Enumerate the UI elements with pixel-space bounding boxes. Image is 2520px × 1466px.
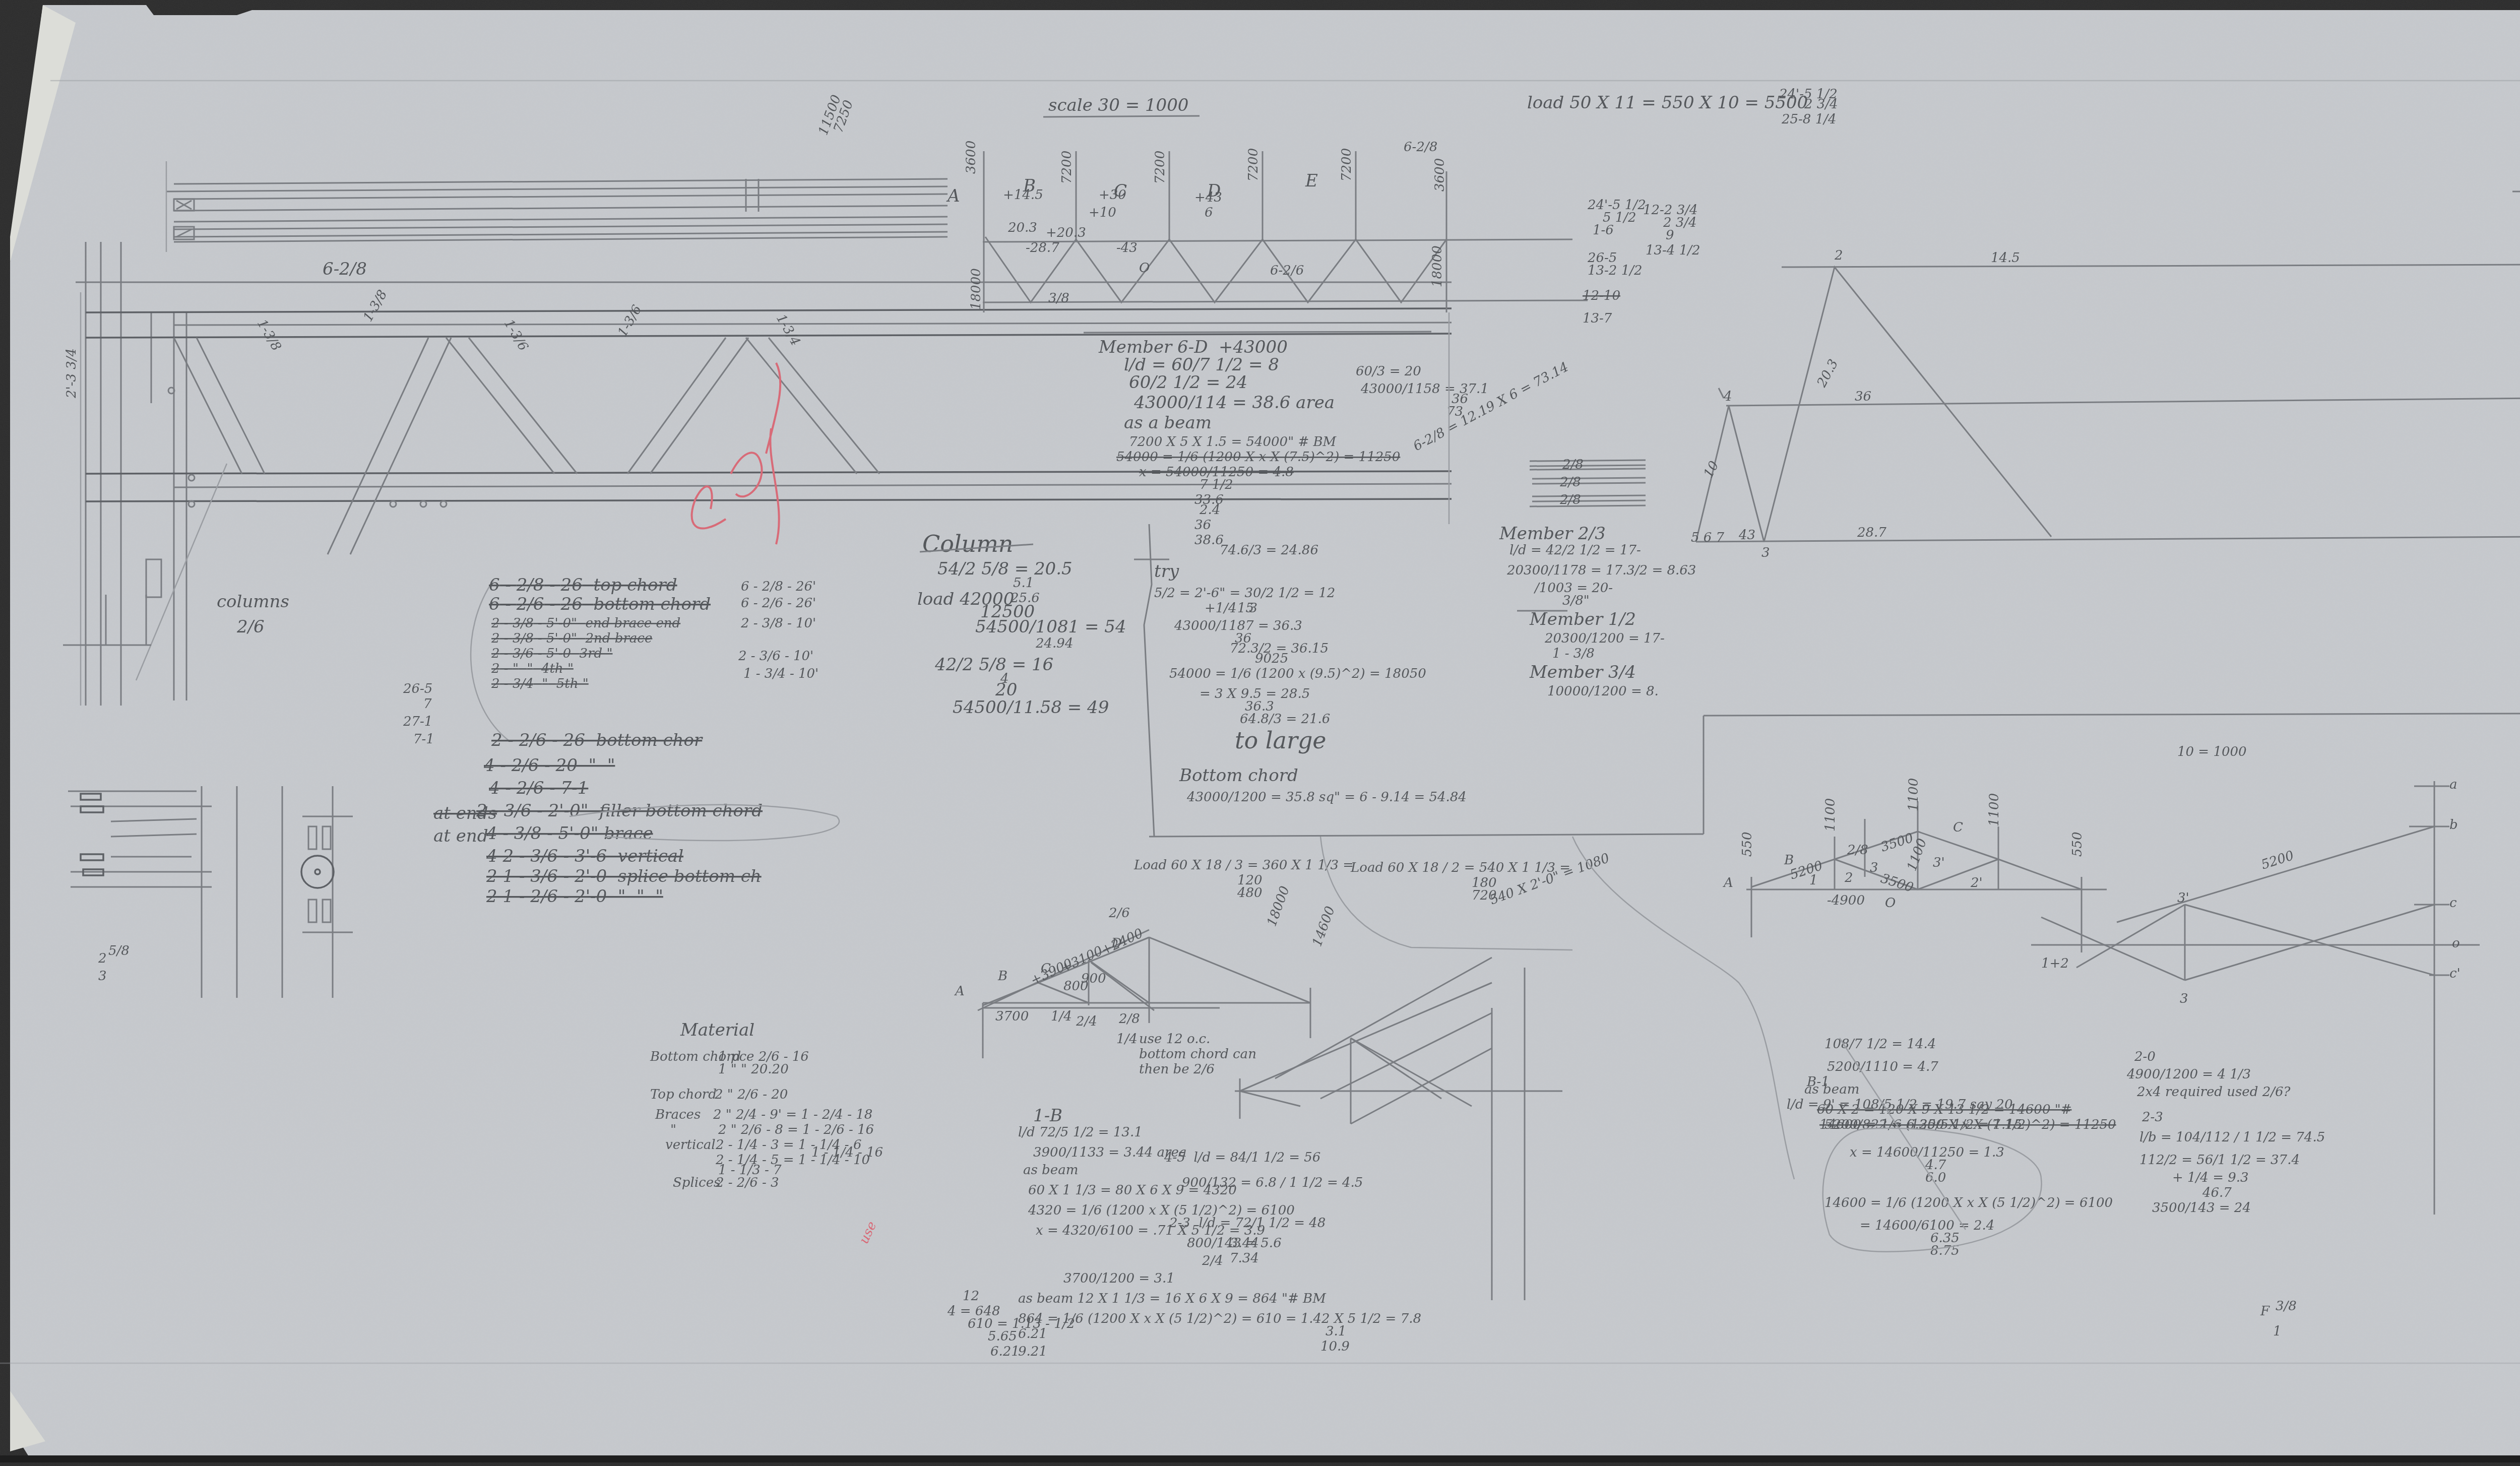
- svg-text:4 2 - 3/6 - 3'-6 vertical: 4 2 - 3/6 - 3'-6 vertical: [486, 846, 683, 866]
- svg-text:3: 3: [2180, 991, 2188, 1006]
- svg-text:54000 = 1/6 (1200 X x X (7.5)^: 54000 = 1/6 (1200 X x X (7.5)^2) = 11250: [1116, 450, 1400, 465]
- svg-text:1/4: 1/4: [1051, 1009, 1072, 1024]
- svg-text:900/132 = 6.8 / 1 1/2 = 4.5: 900/132 = 6.8 / 1 1/2 = 4.5: [1182, 1175, 1363, 1190]
- svg-text:C: C: [1953, 820, 1963, 835]
- svg-text:43000/1200 = 35.8 sq" = 6 - 9.: 43000/1200 = 35.8 sq" = 6 - 9.14 = 54.84: [1186, 790, 1467, 805]
- svg-text:6.21: 6.21: [1018, 1326, 1047, 1342]
- svg-text:Member 2/3: Member 2/3: [1499, 524, 1606, 544]
- svg-text:B: B: [997, 969, 1007, 984]
- label-top-chord-size: 6-2/8: [323, 259, 367, 279]
- material-title: Material: [680, 1020, 754, 1040]
- svg-text:3: 3: [1761, 545, 1770, 560]
- svg-text:6 - 2/8 - 26 top chord: 6 - 2/8 - 26 top chord: [489, 575, 677, 595]
- svg-text:3700: 3700: [995, 1009, 1029, 1024]
- svg-text:3900/1133 = 3.44 area: 3900/1133 = 3.44 area: [1033, 1145, 1186, 1160]
- svg-text:4 - 3/8 - 5'-0" brace: 4 - 3/8 - 5'-0" brace: [486, 823, 653, 844]
- svg-text:+43: +43: [1194, 190, 1222, 205]
- svg-text:3: 3: [98, 969, 107, 984]
- svg-text:7200: 7200: [1059, 151, 1075, 184]
- scale-label: scale 30 = 1000: [1048, 95, 1188, 115]
- svg-text:10.9: 10.9: [1320, 1339, 1350, 1354]
- svg-text:60 X 2 = 120 X 9 X 13 1/2 = 14: 60 X 2 = 120 X 9 X 13 1/2 = 14600 "#: [1817, 1102, 2071, 1117]
- svg-text:2/8: 2/8: [1847, 843, 1868, 858]
- svg-text:1 - 3/8: 1 - 3/8: [1552, 646, 1595, 661]
- svg-text:2 - 3/6 - 5'-0 3rd ": 2 - 3/6 - 5'-0 3rd ": [491, 646, 612, 661]
- svg-text:then be 2/6: then be 2/6: [1139, 1062, 1215, 1077]
- svg-text:2/6: 2/6: [236, 617, 265, 637]
- svg-text:2 " 2/6 - 8 = 1 - 2/6 - 16: 2 " 2/6 - 8 = 1 - 2/6 - 16: [718, 1122, 874, 1137]
- svg-text:b: b: [2449, 817, 2458, 833]
- to-large-note: to large: [1235, 727, 1327, 754]
- svg-text:6.21: 6.21: [990, 1344, 1020, 1359]
- svg-text:7 1/2: 7 1/2: [1200, 477, 1233, 492]
- svg-text:1-B: 1-B: [1033, 1106, 1062, 1126]
- svg-text:2.4: 2.4: [1199, 502, 1220, 518]
- svg-text:54000 = 1/6 (1200 x (9.5)^2) =: 54000 = 1/6 (1200 x (9.5)^2) = 18050: [1169, 666, 1426, 681]
- svg-text:13-4 1/2: 13-4 1/2: [1646, 243, 1700, 258]
- svg-text:2/8: 2/8: [1118, 1011, 1140, 1027]
- svg-text:74.6/3 = 24.86: 74.6/3 = 24.86: [1220, 543, 1318, 558]
- svg-text:1 - 1/4 - 16: 1 - 1/4 - 16: [811, 1145, 883, 1160]
- svg-text:vertical: vertical: [665, 1137, 716, 1153]
- svg-text:3700/1200 = 3.1: 3700/1200 = 3.1: [1063, 1271, 1175, 1286]
- svg-text:14.5: 14.5: [1991, 250, 2020, 266]
- svg-text:1: 1: [2273, 1324, 2282, 1339]
- svg-text:3500/143 = 24: 3500/143 = 24: [2152, 1200, 2251, 1216]
- svg-text:2/8: 2/8: [1562, 457, 1584, 472]
- drawing-canvas: 6-2/8 1-3/8 1-3/8 1-3/6 1-3/6 1-3/4 2'-3…: [0, 0, 2520, 1466]
- svg-text:2: 2: [1834, 248, 1843, 263]
- svg-text:Braces: Braces: [655, 1107, 701, 1122]
- svg-text:3': 3': [2177, 890, 2189, 906]
- svg-text:": ": [670, 1122, 676, 1137]
- svg-text:4 - 2/6 - 20 " ": 4 - 2/6 - 20 " ": [483, 755, 615, 776]
- svg-text:27-1: 27-1: [403, 714, 432, 729]
- svg-text:Member 6-D +43000: Member 6-D +43000: [1098, 337, 1288, 357]
- svg-text:12: 12: [963, 1289, 979, 1304]
- svg-text:18000: 18000: [1430, 245, 1445, 287]
- svg-text:4-5 l/d = 84/1 1/2 = 56: 4-5 l/d = 84/1 1/2 = 56: [1164, 1150, 1320, 1165]
- svg-text:l/b = 104/112 / 1 1/2 = 74.5: l/b = 104/112 / 1 1/2 = 74.5: [2139, 1130, 2325, 1145]
- svg-text:E: E: [1305, 171, 1318, 191]
- svg-text:864 = 1/6 (1200 X x X (5 1/2)^: 864 = 1/6 (1200 X x X (5 1/2)^2) = 610 =…: [1018, 1311, 1421, 1326]
- svg-text:36: 36: [1194, 518, 1211, 533]
- svg-text:3: 3: [1870, 860, 1878, 875]
- svg-text:as beam: as beam: [1804, 1082, 1859, 1097]
- svg-text:9.21: 9.21: [1018, 1344, 1047, 1359]
- svg-text:+ 1/4 = 9.3: + 1/4 = 9.3: [2172, 1170, 2249, 1185]
- svg-text:3/8": 3/8": [1562, 593, 1590, 608]
- svg-text:6: 6: [1205, 205, 1213, 220]
- svg-text:O: O: [1885, 896, 1896, 911]
- svg-text:6-2/8: 6-2/8: [1404, 140, 1437, 155]
- svg-text:54/2 5/8 = 20.5: 54/2 5/8 = 20.5: [937, 559, 1073, 579]
- svg-text:550: 550: [2070, 832, 2085, 857]
- svg-text:at ends: at ends: [433, 803, 497, 823]
- svg-text:Load 60 X 18 / 2 = 540 X 1 1/3: Load 60 X 18 / 2 = 540 X 1 1/3 =: [1350, 860, 1570, 875]
- svg-text:3600: 3600: [964, 141, 979, 174]
- svg-text:2-3 l/d = 72/1 1/2 = 48: 2-3 l/d = 72/1 1/2 = 48: [1169, 1216, 1326, 1231]
- svg-text:5.1: 5.1: [1013, 576, 1034, 591]
- svg-text:2': 2': [1970, 875, 1983, 890]
- load-calc: load 50 X 11 = 550 X 10 = 5500: [1527, 93, 1808, 113]
- svg-text:Splices: Splices: [673, 1175, 720, 1190]
- svg-text:28.7: 28.7: [1857, 525, 1886, 540]
- svg-text:F: F: [2260, 1304, 2270, 1319]
- svg-text:+20.3: +20.3: [1046, 225, 1086, 240]
- columns-note: columns: [217, 592, 289, 612]
- svg-text:4900/1200 = 4 1/3: 4900/1200 = 4 1/3: [2126, 1067, 2251, 1082]
- svg-text:6 - 2/8 - 26': 6 - 2/8 - 26': [741, 579, 816, 594]
- svg-text:2 - 3/6 - 2'-0" filler bottom: 2 - 3/6 - 2'-0" filler bottom chord: [476, 801, 763, 821]
- svg-text:2 3/4: 2 3/4: [1804, 97, 1838, 112]
- svg-text:7200: 7200: [1339, 148, 1354, 181]
- svg-text:2 - 2/6 - 26 bottom chor: 2 - 2/6 - 26 bottom chor: [491, 730, 703, 750]
- svg-text:43: 43: [1738, 528, 1755, 543]
- svg-text:2 1 - 3/6 - 2'-0 splice botto: 2 1 - 3/6 - 2'-0 splice bottom ch: [486, 866, 762, 886]
- svg-text:5 6 7: 5 6 7: [1691, 530, 1725, 545]
- svg-text:3600: 3600: [1432, 158, 1447, 192]
- svg-text:6-2/6: 6-2/6: [1270, 263, 1304, 278]
- svg-text:2 - 3/8 - 5'-0" end brace end: 2 - 3/8 - 5'-0" end brace end: [491, 616, 680, 631]
- svg-text:108/7 1/2 = 14.4: 108/7 1/2 = 14.4: [1824, 1037, 1936, 1052]
- svg-text:-4900: -4900: [1827, 893, 1865, 908]
- svg-text:1100: 1100: [1823, 798, 1838, 832]
- svg-text:900: 900: [1081, 971, 1106, 986]
- svg-text:7200 X 5 X 1.5 = 54000" # BM: 7200 X 5 X 1.5 = 54000" # BM: [1129, 434, 1337, 450]
- svg-text:480: 480: [1237, 885, 1263, 901]
- svg-text:Member 3/4: Member 3/4: [1529, 662, 1636, 682]
- svg-text:2 - 3/8 - 5'-0" 2nd brace: 2 - 3/8 - 5'-0" 2nd brace: [491, 631, 652, 646]
- svg-text:1100: 1100: [1987, 793, 2002, 826]
- svg-text:550: 550: [1740, 832, 1755, 857]
- svg-text:2: 2: [98, 951, 107, 966]
- svg-text:c: c: [2449, 896, 2457, 911]
- svg-text:12-10: 12-10: [1583, 288, 1620, 303]
- svg-text:5/2 = 2'-6" = 30/2 1/2 = 12: 5/2 = 2'-6" = 30/2 1/2 = 12: [1154, 586, 1335, 601]
- svg-text:7200: 7200: [1153, 151, 1168, 184]
- svg-text:10000/1200 = 8.: 10000/1200 = 8.: [1547, 684, 1659, 699]
- svg-text:15: 15: [1237, 601, 1254, 616]
- svg-text:112/2 = 56/1 1/2 = 37.4: 112/2 = 56/1 1/2 = 37.4: [2139, 1153, 2300, 1168]
- svg-text:20300/1200 = 17-: 20300/1200 = 17-: [1544, 631, 1665, 646]
- svg-text:+30: +30: [1099, 187, 1126, 203]
- svg-text:25-8 1/4: 25-8 1/4: [1781, 112, 1837, 127]
- svg-text:2 - " " 4th ": 2 - " " 4th ": [491, 661, 574, 676]
- svg-text:2/4: 2/4: [1202, 1253, 1223, 1268]
- svg-text:-28.7: -28.7: [1026, 240, 1059, 256]
- svg-text:42/2 5/8 = 16: 42/2 5/8 = 16: [934, 655, 1053, 675]
- svg-text:3/8: 3/8: [1048, 291, 1069, 306]
- svg-text:B: B: [1784, 853, 1794, 868]
- svg-text:2/8: 2/8: [1559, 492, 1581, 507]
- svg-text:9: 9: [1666, 228, 1674, 243]
- svg-text:46.7: 46.7: [2202, 1185, 2232, 1200]
- svg-text:36: 36: [1855, 389, 1871, 404]
- svg-text:6 - 2/6 - 26 bottom chord: 6 - 2/6 - 26 bottom chord: [489, 594, 711, 614]
- svg-text:54500/1081 = 54: 54500/1081 = 54: [975, 617, 1126, 637]
- svg-text:1 - 3/4 - 10': 1 - 3/4 - 10': [743, 666, 818, 681]
- svg-text:A: A: [1723, 875, 1733, 890]
- svg-text:l/d 72/5 1/2 = 13.1: l/d 72/5 1/2 = 13.1: [1018, 1125, 1143, 1140]
- svg-text:5/8: 5/8: [108, 943, 130, 959]
- svg-text:as beam 12 X 1 1/3 = 16 X 6 X: as beam 12 X 1 1/3 = 16 X 6 X 9 = 864 "#…: [1018, 1291, 1327, 1306]
- svg-text:60/3 = 20: 60/3 = 20: [1356, 364, 1421, 379]
- svg-text:Load 60 X 18 / 3 = 360 X 1 1/3: Load 60 X 18 / 3 = 360 X 1 1/3 =: [1133, 858, 1354, 873]
- svg-text:2/8: 2/8: [1559, 475, 1581, 490]
- svg-text:+10: +10: [1089, 205, 1116, 220]
- svg-text:20300/1178 = 17.3/2 = 8.63: 20300/1178 = 17.3/2 = 8.63: [1506, 563, 1696, 578]
- svg-text:2 - 3/8 - 10': 2 - 3/8 - 10': [740, 616, 816, 631]
- svg-text:43000/1158 = 37.1: 43000/1158 = 37.1: [1360, 381, 1489, 397]
- svg-text:+14.5: +14.5: [1003, 187, 1043, 203]
- svg-text:as beam: as beam: [1023, 1163, 1078, 1178]
- svg-text:5.65: 5.65: [988, 1329, 1017, 1344]
- svg-text:13-2 1/2: 13-2 1/2: [1588, 263, 1643, 278]
- svg-text:13-7: 13-7: [1583, 311, 1612, 326]
- svg-text:2-3: 2-3: [2141, 1110, 2163, 1125]
- svg-text:7200: 7200: [1246, 148, 1261, 181]
- svg-text:2/6: 2/6: [1108, 906, 1130, 921]
- svg-text:= 14600/6100 = 2.4: = 14600/6100 = 2.4: [1860, 1218, 1994, 1233]
- svg-text:2 - 3/6 - 10': 2 - 3/6 - 10': [738, 649, 813, 664]
- column-title: Column: [922, 530, 1013, 557]
- svg-text:18000: 18000: [969, 268, 984, 310]
- svg-text:try: try: [1154, 561, 1179, 582]
- svg-text:54500/11.58 = 49: 54500/11.58 = 49: [953, 697, 1109, 718]
- svg-text:14600 = 1/6 (1200 X x X (7 1/2: 14600 = 1/6 (1200 X x X (7 1/2)^2) = 112…: [1819, 1117, 2116, 1132]
- svg-text:Top chord: Top chord: [650, 1087, 717, 1102]
- svg-text:3.1: 3.1: [1326, 1324, 1346, 1339]
- svg-text:O: O: [1139, 261, 1150, 276]
- svg-text:4 - 2/6 - 7-1: 4 - 2/6 - 7-1: [488, 778, 588, 798]
- svg-text:14600 = 1/6 (1200 X x X (5 1/2: 14600 = 1/6 (1200 X x X (5 1/2)^2) = 610…: [1824, 1195, 2113, 1210]
- svg-text:1-6: 1-6: [1593, 223, 1614, 238]
- svg-text:24.94: 24.94: [1035, 636, 1073, 651]
- svg-text:2x4 required used 2/6?: 2x4 required used 2/6?: [2136, 1085, 2291, 1100]
- svg-text:A: A: [954, 984, 965, 999]
- svg-text:-43: -43: [1116, 240, 1138, 256]
- svg-text:2 1 - 2/6 - 2'-0 " " ": 2 1 - 2/6 - 2'-0 " " ": [486, 886, 663, 907]
- svg-text:2/4: 2/4: [1076, 1014, 1097, 1029]
- svg-text:as a beam: as a beam: [1124, 413, 1212, 433]
- svg-text:1/4: 1/4: [1116, 1032, 1138, 1047]
- svg-text:Bottom chord: Bottom chord: [1179, 766, 1298, 786]
- svg-text:60/2 1/2 = 24: 60/2 1/2 = 24: [1129, 372, 1247, 393]
- svg-text:20: 20: [995, 680, 1017, 700]
- svg-text:Member 1/2: Member 1/2: [1529, 609, 1636, 629]
- svg-text:26-5: 26-5: [403, 681, 432, 696]
- drawing-sheet: 6-2/8 1-3/8 1-3/8 1-3/6 1-3/6 1-3/4 2'-3…: [0, 0, 2520, 1466]
- svg-text:2: 2: [1844, 870, 1853, 885]
- svg-text:2 - 3/4 " 5th ": 2 - 3/4 " 5th ": [491, 676, 589, 691]
- svg-text:2 " 2/6 - 20: 2 " 2/6 - 20: [714, 1087, 788, 1102]
- svg-text:10 = 1000: 10 = 1000: [2177, 744, 2247, 759]
- svg-text:7.34: 7.34: [1230, 1251, 1259, 1266]
- svg-text:a: a: [2449, 777, 2458, 792]
- svg-text:use 12 o.c.: use 12 o.c.: [1139, 1032, 1210, 1047]
- svg-text:20.3: 20.3: [1007, 220, 1037, 235]
- svg-text:1+2: 1+2: [2041, 956, 2069, 971]
- svg-text:3/8: 3/8: [2276, 1299, 2297, 1314]
- svg-text:5200/1110 = 4.7: 5200/1110 = 4.7: [1827, 1059, 1938, 1074]
- svg-text:o: o: [2452, 936, 2460, 951]
- svg-text:l/d = 42/2 1/2 = 17-: l/d = 42/2 1/2 = 17-: [1509, 543, 1641, 558]
- svg-text:800/143 = 5.6: 800/143 = 5.6: [1187, 1236, 1282, 1251]
- svg-text:c': c': [2449, 966, 2461, 981]
- svg-text:1 " " 20.20: 1 " " 20.20: [718, 1062, 789, 1077]
- svg-text:7: 7: [423, 696, 432, 712]
- svg-text:1100: 1100: [1906, 778, 1921, 811]
- svg-text:2-0: 2-0: [2134, 1049, 2156, 1064]
- svg-text:64.8/3 = 21.6: 64.8/3 = 21.6: [1240, 712, 1330, 727]
- svg-text:2 " 2/4 - 9' = 1 - 2/4 - 18: 2 " 2/4 - 9' = 1 - 2/4 - 18: [713, 1107, 872, 1122]
- svg-text:2 - 2/6 - 3: 2 - 2/6 - 3: [715, 1175, 779, 1190]
- svg-text:9025: 9025: [1255, 651, 1288, 666]
- svg-text:A: A: [946, 186, 960, 206]
- svg-text:4: 4: [1723, 389, 1732, 404]
- svg-text:43000/114 = 38.6 area: 43000/114 = 38.6 area: [1133, 393, 1335, 413]
- svg-text:at end: at end: [433, 826, 488, 846]
- svg-text:2'-3 3/4: 2'-3 3/4: [64, 348, 79, 399]
- svg-text:6 - 2/6 - 26': 6 - 2/6 - 26': [741, 596, 816, 611]
- svg-text:l/d = 60/7 1/2 = 8: l/d = 60/7 1/2 = 8: [1124, 355, 1279, 375]
- svg-text:7-1: 7-1: [413, 732, 434, 747]
- svg-text:bottom chord can: bottom chord can: [1139, 1047, 1256, 1062]
- svg-text:3': 3': [1933, 855, 1945, 870]
